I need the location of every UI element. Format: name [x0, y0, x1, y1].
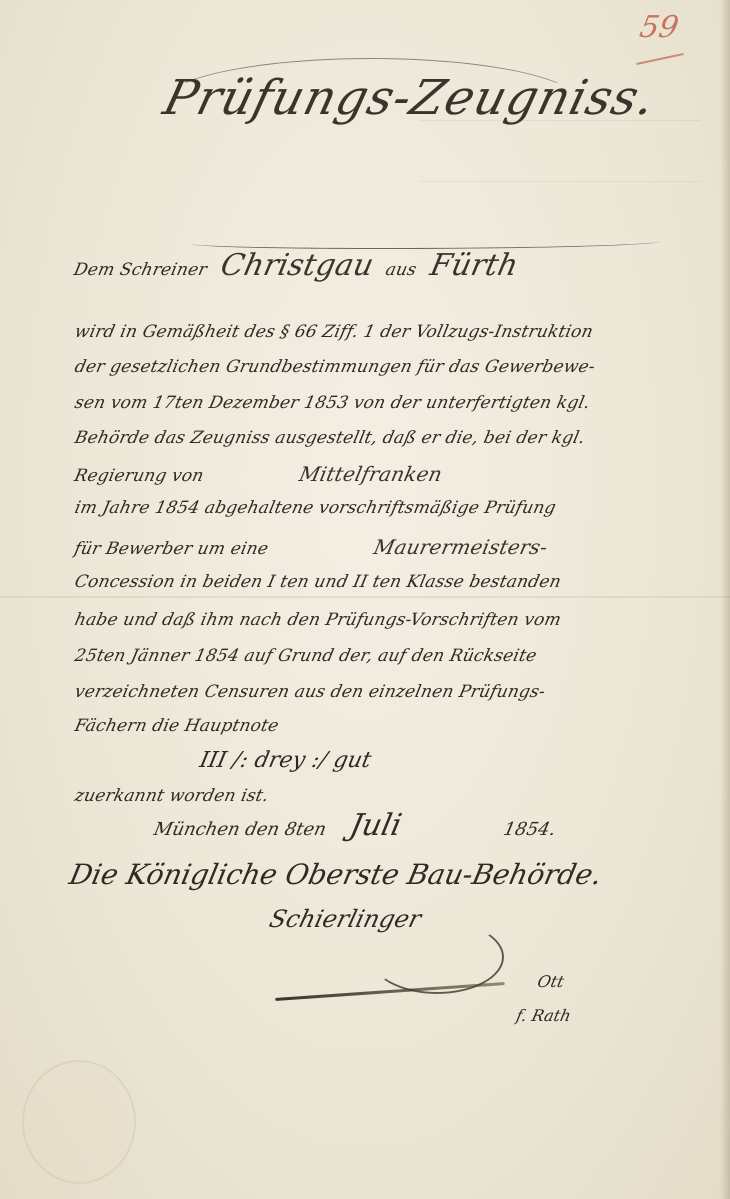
body-line: Concession in beiden I ten und II ten Kl… — [73, 572, 687, 592]
trade-prefix: für Bewerber um eine — [72, 539, 270, 559]
body-line: wird in Gemäßheit des § 66 Ziff. 1 der V… — [73, 322, 687, 342]
body-line: Behörde das Zeugniss ausgestellt, daß er… — [73, 428, 687, 448]
recipient-place: Fürth — [427, 248, 521, 283]
paper-fold-line — [0, 596, 730, 598]
date-month: Juli — [347, 808, 405, 843]
body-line: verzeichneten Censuren aus den einzelnen… — [73, 682, 687, 702]
folio-number: 59 — [637, 10, 681, 45]
body-line: der gesetzlichen Grundbestimmungen für d… — [73, 357, 687, 377]
date-place: München den 8ten — [152, 819, 328, 840]
date-year: 1854. — [502, 819, 558, 840]
closing-line: zuerkannt worden ist. — [73, 786, 687, 806]
issuing-authority: Die Königliche Oberste Bau-Behörde. — [66, 858, 653, 891]
body-line-region: Regierung von Mittelfranken — [72, 462, 687, 486]
countersign-name: Ott — [520, 965, 581, 999]
recipient-name: Christgau — [218, 248, 377, 283]
page-edge-shadow — [720, 0, 730, 1199]
countersign-title: f. Rath — [513, 999, 574, 1033]
region-prefix: Regierung von — [72, 466, 205, 486]
trade-field: Maurermeisters- — [372, 535, 550, 559]
salutation-connector: aus — [384, 260, 419, 280]
signature-underline — [275, 982, 505, 1001]
salutation-line: Dem Schreiner Christgau aus Fürth — [71, 248, 688, 283]
embossed-seal-mark — [22, 1060, 136, 1184]
body-line-trade: für Bewerber um eine Maurermeisters- — [72, 535, 687, 559]
body-line: Fächern die Hauptnote — [73, 716, 687, 736]
region-field: Mittelfranken — [297, 462, 444, 486]
body-line: 25ten Jänner 1854 auf Grund der, auf den… — [73, 646, 687, 666]
body-line: sen vom 17ten Dezember 1853 von der unte… — [73, 393, 687, 413]
document-title: Prüfungs-Zeugniss. — [158, 70, 602, 126]
body-line: im Jahre 1854 abgehaltene vorschriftsmäß… — [73, 498, 687, 518]
document-page: 59 Prüfungs-Zeugniss. Dem Schreiner Chri… — [0, 0, 730, 1199]
grade-note: III /: drey :/ gut — [197, 748, 373, 773]
salutation-prefix: Dem Schreiner — [72, 260, 209, 280]
countersignature: Ott f. Rath — [513, 965, 582, 1033]
body-line: habe und daß ihm nach den Prüfungs-Vorsc… — [73, 610, 687, 630]
folio-underline — [636, 53, 683, 65]
date-line: München den 8ten Juli 1854. — [151, 808, 618, 843]
